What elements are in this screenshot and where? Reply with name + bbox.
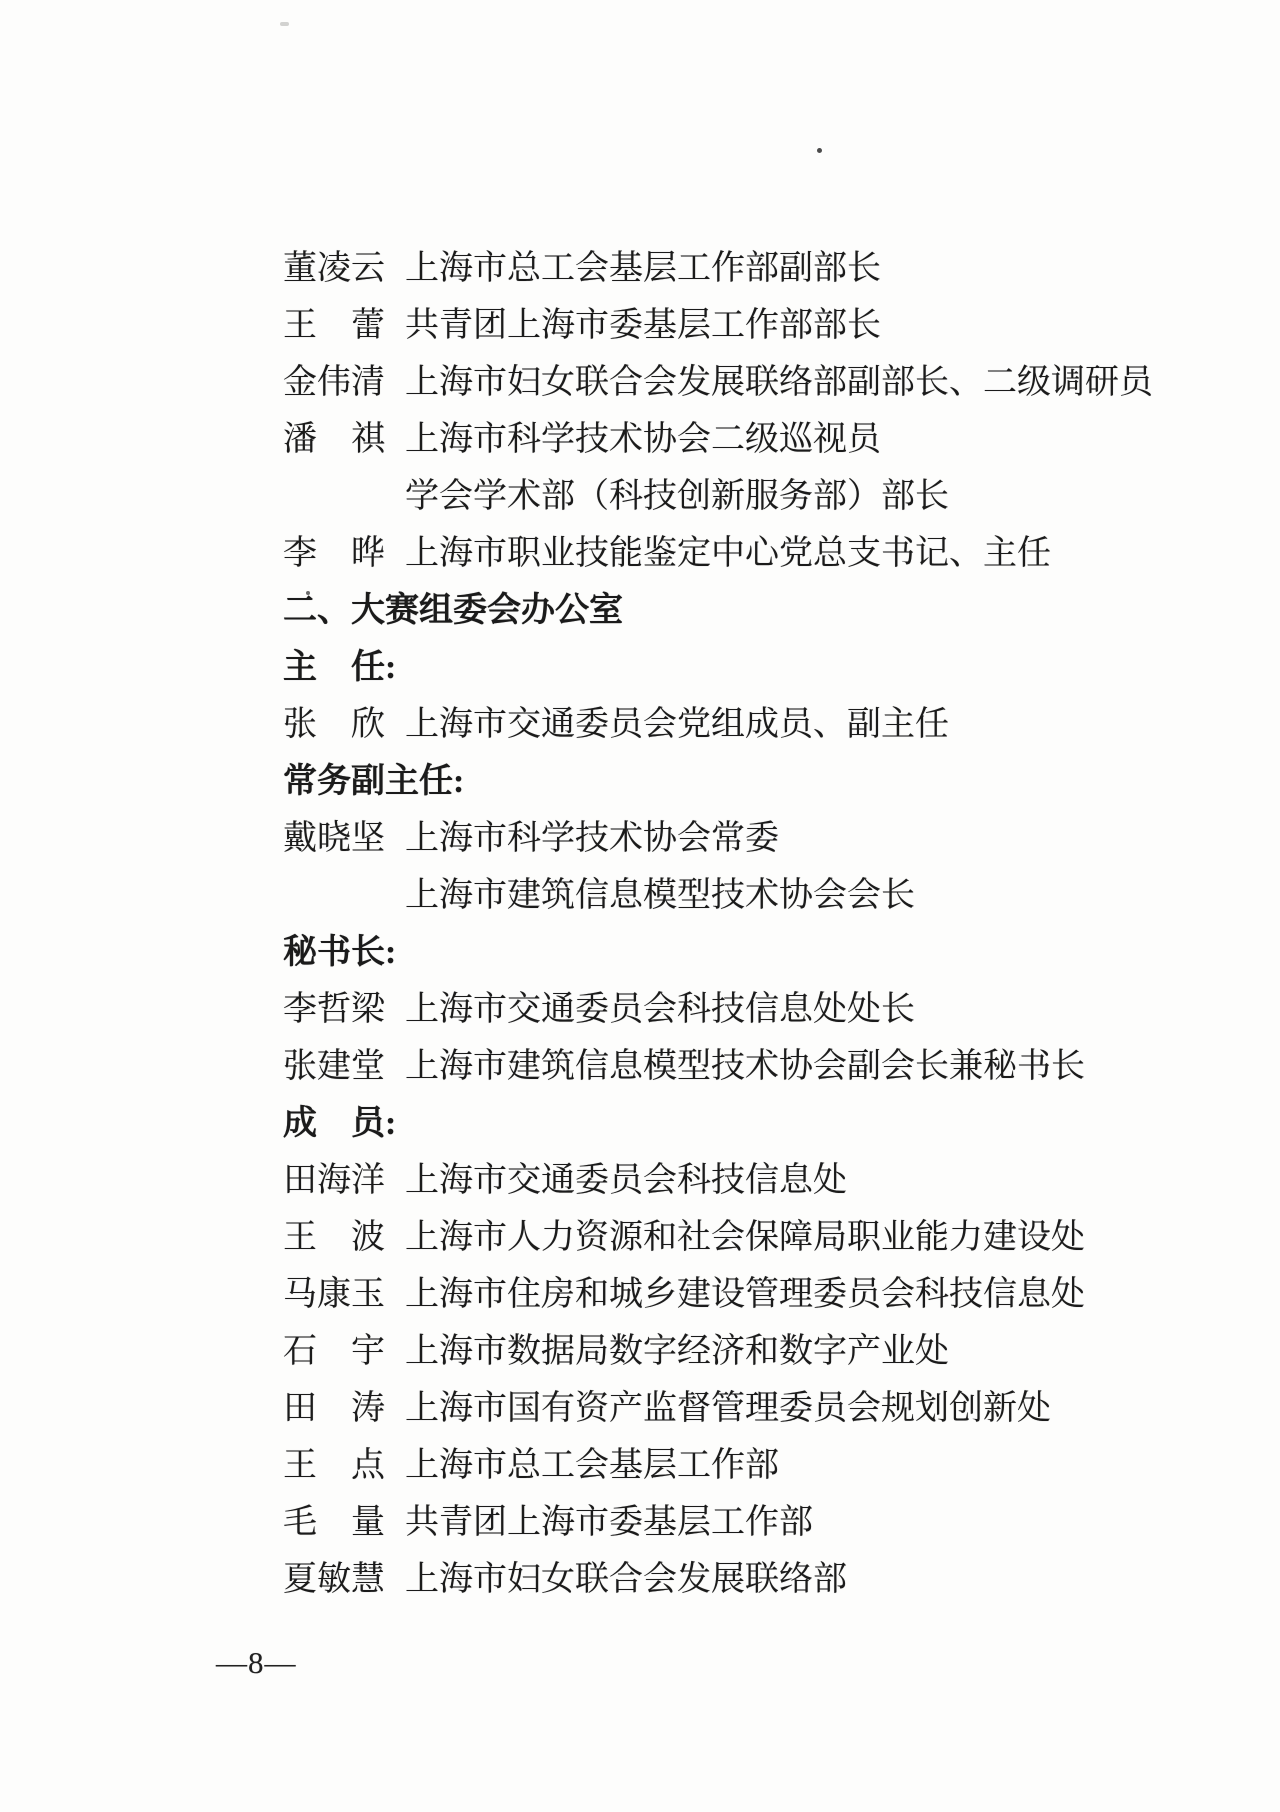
person-title: 上海市妇女联合会发展联络部副部长、二级调研员	[405, 364, 1153, 401]
person-title-continuation: 学会学术部（科技创新服务部）部长	[405, 478, 949, 515]
role-colon: :	[385, 1105, 396, 1142]
roster-entry: 毛量共青团上海市委基层工作部	[283, 1494, 1153, 1551]
roster-list: 董凌云上海市总工会基层工作部副部长 王蕾共青团上海市委基层工作部部长 金伟清上海…	[283, 240, 1153, 1608]
person-name: 毛量	[283, 1494, 385, 1551]
person-name: 马康玉	[283, 1266, 385, 1323]
roster-entry: 张欣上海市交通委员会党组成员、副主任	[283, 696, 1153, 753]
person-title: 上海市国有资产监督管理委员会规划创新处	[405, 1390, 1051, 1427]
person-title: 上海市数据局数字经济和数字产业处	[405, 1333, 949, 1370]
person-title: 上海市科学技术协会常委	[405, 820, 779, 857]
roster-entry: 金伟清上海市妇女联合会发展联络部副部长、二级调研员	[283, 354, 1153, 411]
person-name: 董凌云	[283, 240, 385, 297]
person-name: 田海洋	[283, 1152, 385, 1209]
role-heading: 主任:	[283, 639, 1153, 696]
person-name: 王蕾	[283, 297, 385, 354]
person-title: 上海市妇女联合会发展联络部	[405, 1561, 847, 1598]
scan-artifact-dot	[817, 148, 822, 153]
person-title: 上海市科学技术协会二级巡视员	[405, 421, 881, 458]
roster-entry: 马康玉上海市住房和城乡建设管理委员会科技信息处	[283, 1266, 1153, 1323]
person-title: 上海市职业技能鉴定中心党总支书记、主任	[405, 535, 1051, 572]
person-title: 上海市交通委员会党组成员、副主任	[405, 706, 949, 743]
person-title: 上海市总工会基层工作部	[405, 1447, 779, 1484]
person-name: 金伟清	[283, 354, 385, 411]
person-title: 上海市交通委员会科技信息处处长	[405, 991, 915, 1028]
person-title: 共青团上海市委基层工作部部长	[405, 307, 881, 344]
role-heading: 成员:	[283, 1095, 1153, 1152]
person-name: 李晔	[283, 525, 385, 582]
person-name: 王点	[283, 1437, 385, 1494]
person-title: 上海市交通委员会科技信息处	[405, 1162, 847, 1199]
section-heading-text: 二、大赛组委会办公室	[283, 592, 623, 629]
person-title: 上海市总工会基层工作部副部长	[405, 250, 881, 287]
roster-entry: 王波上海市人力资源和社会保障局职业能力建设处	[283, 1209, 1153, 1266]
role-label: 主任	[283, 639, 385, 696]
person-name: 田涛	[283, 1380, 385, 1437]
person-title-continuation: 上海市建筑信息模型技术协会会长	[405, 877, 915, 914]
person-name: 张建堂	[283, 1038, 385, 1095]
role-label: 成员	[283, 1095, 385, 1152]
role-label: 常务副主任	[283, 753, 453, 810]
roster-entry: 石宇上海市数据局数字经济和数字产业处	[283, 1323, 1153, 1380]
person-title: 上海市人力资源和社会保障局职业能力建设处	[405, 1219, 1085, 1256]
section-heading: 二、大赛组委会办公室	[283, 582, 1153, 639]
roster-entry: 李哲梁上海市交通委员会科技信息处处长	[283, 981, 1153, 1038]
roster-entry: 夏敏慧上海市妇女联合会发展联络部	[283, 1551, 1153, 1608]
person-title: 共青团上海市委基层工作部	[405, 1504, 813, 1541]
person-name: 王波	[283, 1209, 385, 1266]
roster-entry: 张建堂上海市建筑信息模型技术协会副会长兼秘书长	[283, 1038, 1153, 1095]
role-colon: :	[385, 649, 396, 686]
person-name: 石宇	[283, 1323, 385, 1380]
person-name: 张欣	[283, 696, 385, 753]
role-colon: :	[453, 763, 464, 800]
person-name: 潘祺	[283, 411, 385, 468]
roster-entry: 戴晓坚上海市科学技术协会常委	[283, 810, 1153, 867]
role-heading: 常务副主任:	[283, 753, 1153, 810]
person-name: 李哲梁	[283, 981, 385, 1038]
continuation-line: 上海市建筑信息模型技术协会会长	[283, 867, 1153, 924]
scan-artifact-smudge	[280, 22, 289, 26]
roster-entry: 王点上海市总工会基层工作部	[283, 1437, 1153, 1494]
roster-entry: 田海洋上海市交通委员会科技信息处	[283, 1152, 1153, 1209]
role-colon: :	[385, 934, 396, 971]
person-title: 上海市住房和城乡建设管理委员会科技信息处	[405, 1276, 1085, 1313]
roster-entry: 潘祺上海市科学技术协会二级巡视员	[283, 411, 1153, 468]
role-label: 秘书长	[283, 924, 385, 981]
roster-entry: 王蕾共青团上海市委基层工作部部长	[283, 297, 1153, 354]
role-heading: 秘书长:	[283, 924, 1153, 981]
roster-entry: 董凌云上海市总工会基层工作部副部长	[283, 240, 1153, 297]
document-page: 董凌云上海市总工会基层工作部副部长 王蕾共青团上海市委基层工作部部长 金伟清上海…	[0, 0, 1280, 1812]
roster-entry: 李晔上海市职业技能鉴定中心党总支书记、主任	[283, 525, 1153, 582]
page-number: —8—	[216, 1645, 297, 1681]
continuation-line: 学会学术部（科技创新服务部）部长	[283, 468, 1153, 525]
roster-entry: 田涛上海市国有资产监督管理委员会规划创新处	[283, 1380, 1153, 1437]
person-name: 戴晓坚	[283, 810, 385, 867]
scan-artifact-dot	[306, 591, 310, 595]
person-title: 上海市建筑信息模型技术协会副会长兼秘书长	[405, 1048, 1085, 1085]
person-name: 夏敏慧	[283, 1551, 385, 1608]
